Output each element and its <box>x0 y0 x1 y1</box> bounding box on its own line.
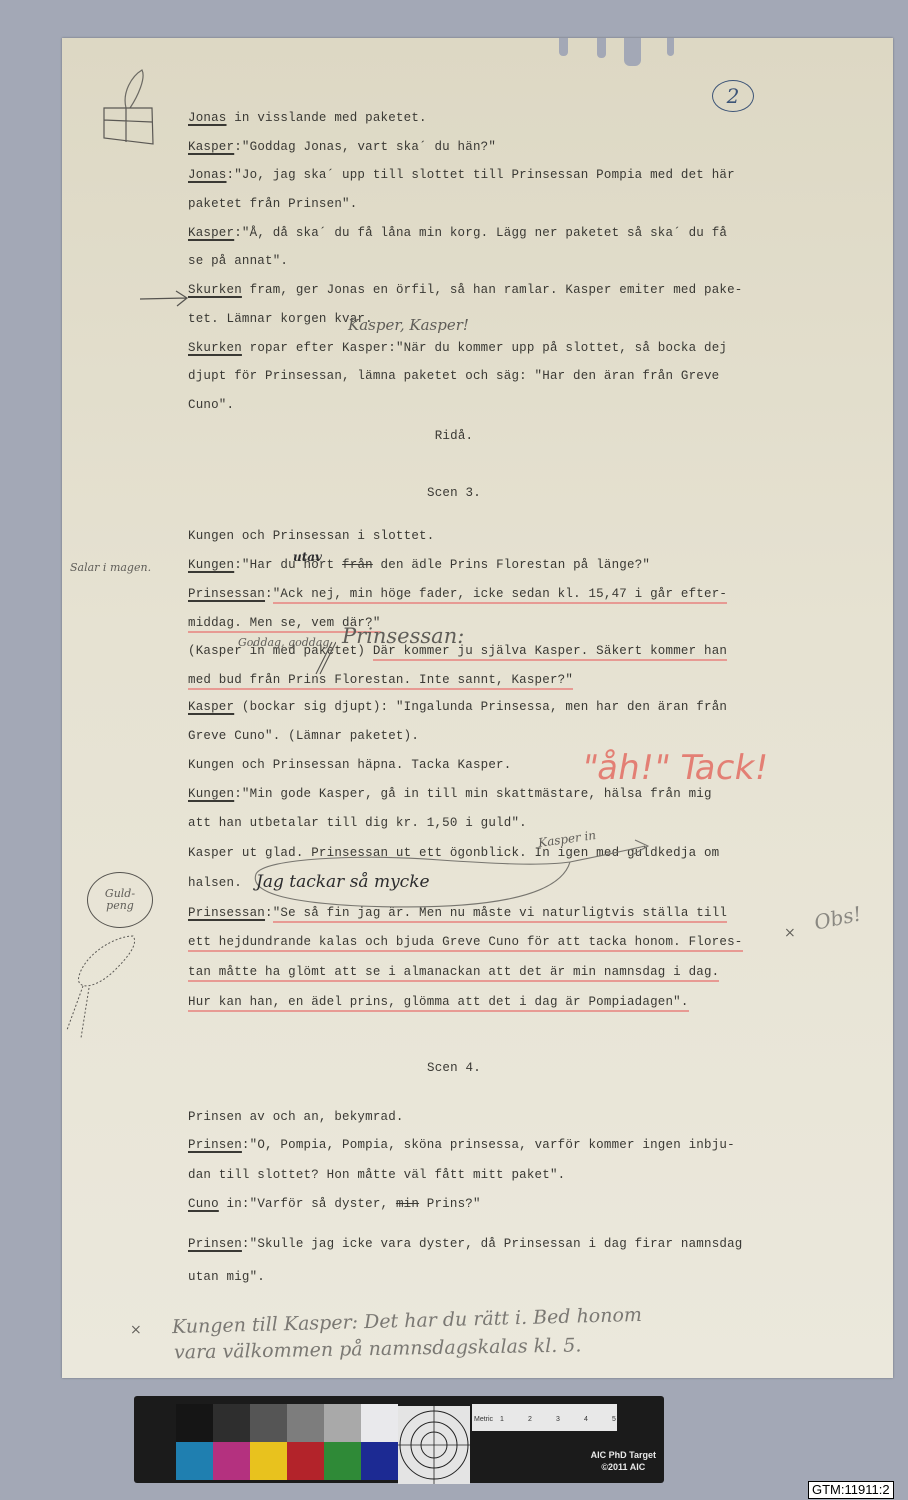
struck-word: min <box>396 1197 419 1211</box>
script-line: tet. Lämnar korgen kvar. <box>188 312 373 326</box>
line-text: Prins?" <box>419 1197 481 1211</box>
script-line: Hur kan han, en ädel prins, glömma att d… <box>188 995 689 1009</box>
line-text: halsen. <box>188 876 242 890</box>
script-line: Kungen och Prinsessan häpna. Tacka Kaspe… <box>188 758 511 772</box>
gray-swatch <box>361 1404 398 1442</box>
annotation-ah-tack: "åh!" Tack! <box>578 748 771 788</box>
script-line: Skurken ropar efter Kasper:"När du komme… <box>188 341 727 355</box>
line-text: :"Å, då ska´ du få låna min korg. Lägg n… <box>234 226 727 240</box>
red-underlined-text: "Ack nej, min höge fader, icke sedan kl.… <box>273 587 727 604</box>
target-label: AIC PhD Target ©2011 AIC <box>591 1449 656 1473</box>
line-text: ropar efter Kasper:"När du kommer upp på… <box>242 341 727 355</box>
script-line: djupt för Prinsessan, lämna paketet och … <box>188 369 719 383</box>
struck-word: från <box>342 558 373 572</box>
script-line: Cuno in:"Varför så dyster, min Prins?" <box>188 1197 481 1211</box>
gray-swatch <box>324 1404 361 1442</box>
torn-edge <box>597 38 606 58</box>
script-line: halsen. <box>188 876 242 890</box>
red-underlined-text: tan måtte ha glömt att se i almanackan a… <box>188 965 719 982</box>
annotation-jag-tackar: Jag tackar så mycke <box>256 872 430 892</box>
script-line: Kasper (bockar sig djupt): "Ingalunda Pr… <box>188 700 727 714</box>
speaker-name: Jonas <box>188 111 227 125</box>
ruler-tick-label: 5 <box>612 1416 616 1423</box>
script-line: Prinsen av och an, bekymrad. <box>188 1110 404 1124</box>
necklace-sketch-icon <box>55 930 145 1050</box>
quill-sketch-icon <box>98 62 158 152</box>
color-swatch <box>176 1442 213 1480</box>
color-swatch <box>213 1442 250 1480</box>
speaker-name: Prinsessan <box>188 587 265 601</box>
annotation-x-mark: × <box>784 925 796 941</box>
ruler-tick-label: 3 <box>556 1416 560 1423</box>
ruler-tick-label: 2 <box>528 1416 532 1423</box>
line-text: : <box>265 587 273 601</box>
color-swatch <box>324 1442 361 1480</box>
annotation-utav: utav <box>293 550 322 564</box>
speaker-name: Kungen <box>188 787 234 801</box>
script-line: Prinsen:"Skulle jag icke vara dyster, då… <box>188 1237 743 1251</box>
line-text: utan mig". <box>188 1270 265 1284</box>
line-text: (bockar sig djupt): "Ingalunda Prinsessa… <box>234 700 727 714</box>
ruler-tick-label: 4 <box>584 1416 588 1423</box>
script-line: Prinsen:"O, Pompia, Pompia, sköna prinse… <box>188 1138 735 1152</box>
double-slash-icon <box>312 640 336 676</box>
line-text: den ädle Prins Florestan på länge?" <box>373 558 650 572</box>
script-line: Kasper:"Goddag Jonas, vart ska´ du hän?" <box>188 140 496 154</box>
annotation-x-mark: × <box>130 1322 142 1338</box>
line-text: :"Min gode Kasper, gå in till min skattm… <box>234 787 711 801</box>
script-line: tan måtte ha glömt att se i almanackan a… <box>188 965 719 979</box>
red-underlined-text: Hur kan han, en ädel prins, glömma att d… <box>188 995 689 1012</box>
line-text: Kungen och Prinsessan i slottet. <box>188 529 434 543</box>
speaker-name: Kasper <box>188 700 234 714</box>
focus-target-icon <box>398 1406 470 1484</box>
line-text: in:"Varför så dyster, <box>219 1197 396 1211</box>
annotation-margin: Salar i magen. <box>70 561 151 574</box>
annotation-kasper-kasper: Kasper, Kasper! <box>348 316 469 334</box>
line-text: :"Har du hört <box>234 558 342 572</box>
line-text: se på annat". <box>188 254 288 268</box>
script-line: dan till slottet? Hon måtte väl fått mit… <box>188 1168 565 1182</box>
line-text: att han utbetalar till dig kr. 1,50 i gu… <box>188 816 527 830</box>
torn-edge <box>667 38 674 56</box>
speaker-name: Kasper <box>188 226 234 240</box>
script-line: Kungen:"Har du hört från den ädle Prins … <box>188 558 650 572</box>
scene-3-heading: Scen 3. <box>0 486 908 500</box>
script-line: Kasper:"Å, då ska´ du få låna min korg. … <box>188 226 727 240</box>
line-text: Cuno". <box>188 398 234 412</box>
line-text: :"Jo, jag ska´ upp till slottet till Pri… <box>227 168 735 182</box>
line-text: in visslande med paketet. <box>227 111 427 125</box>
color-swatch <box>250 1442 287 1480</box>
script-line: ett hejdundrande kalas och bjuda Greve C… <box>188 935 743 949</box>
annotation-prinsessan: Prinsessan: <box>342 624 464 648</box>
speaker-name: Prinsen <box>188 1138 242 1152</box>
script-line: paketet från Prinsen". <box>188 197 357 211</box>
speaker-name: Kasper <box>188 140 234 154</box>
line-text: :"Goddag Jonas, vart ska´ du hän?" <box>234 140 496 154</box>
speaker-name: Prinsen <box>188 1237 242 1251</box>
line-text: Greve Cuno". (Lämnar paketet). <box>188 729 419 743</box>
line-text: tet. Lämnar korgen kvar. <box>188 312 373 326</box>
script-line: Skurken fram, ger Jonas en örfil, så han… <box>188 283 743 297</box>
torn-edge <box>624 38 641 66</box>
line-text: fram, ger Jonas en örfil, så han ramlar.… <box>242 283 743 297</box>
arrow-icon <box>140 290 190 308</box>
torn-edge <box>559 38 568 56</box>
speaker-name: Kungen <box>188 558 234 572</box>
script-line: se på annat". <box>188 254 288 268</box>
line-text: djupt för Prinsessan, lämna paketet och … <box>188 369 719 383</box>
red-underlined-text: ett hejdundrande kalas och bjuda Greve C… <box>188 935 743 952</box>
gray-swatch <box>250 1404 287 1442</box>
gray-swatch <box>287 1404 324 1442</box>
guldpeng-circle: Guld-peng <box>87 872 153 928</box>
line-text: Kungen och Prinsessan häpna. Tacka Kaspe… <box>188 758 511 772</box>
script-line: Jonas in visslande med paketet. <box>188 111 427 125</box>
script-line: Jonas:"Jo, jag ska´ upp till slottet til… <box>188 168 735 182</box>
script-line: utan mig". <box>188 1270 265 1284</box>
script-line: Cuno". <box>188 398 234 412</box>
line-text: :"O, Pompia, Pompia, sköna prinsessa, va… <box>242 1138 735 1152</box>
page-number: 2 <box>712 80 754 112</box>
speaker-name: Skurken <box>188 283 242 297</box>
script-line: att han utbetalar till dig kr. 1,50 i gu… <box>188 816 527 830</box>
scene-4-heading: Scen 4. <box>0 1061 908 1075</box>
script-line: Greve Cuno". (Lämnar paketet). <box>188 729 419 743</box>
script-line: Kungen:"Min gode Kasper, gå in till min … <box>188 787 712 801</box>
color-swatch <box>361 1442 398 1480</box>
speaker-name: Jonas <box>188 168 227 182</box>
line-text: Prinsen av och an, bekymrad. <box>188 1110 404 1124</box>
script-line: Kungen och Prinsessan i slottet. <box>188 529 434 543</box>
catalog-id-label: GTM:11911:2 <box>808 1481 894 1499</box>
speaker-name: Skurken <box>188 341 242 355</box>
color-calibration-target: Metric 12345 AIC PhD Target ©2011 AIC <box>134 1396 664 1483</box>
curtain-heading: Ridå. <box>0 429 908 443</box>
line-text: dan till slottet? Hon måtte väl fått mit… <box>188 1168 565 1182</box>
line-text: :"Skulle jag icke vara dyster, då Prinse… <box>242 1237 743 1251</box>
line-text: paketet från Prinsen". <box>188 197 357 211</box>
red-underlined-text: med bud från Prins Florestan. Inte sannt… <box>188 673 573 690</box>
color-swatch <box>287 1442 324 1480</box>
gray-swatch <box>213 1404 250 1442</box>
metric-ruler: Metric 12345 <box>472 1404 617 1431</box>
speaker-name: Cuno <box>188 1197 219 1211</box>
gray-swatch <box>176 1404 213 1442</box>
ruler-tick-label: 1 <box>500 1416 504 1423</box>
script-line: Prinsessan:"Ack nej, min höge fader, ick… <box>188 587 727 601</box>
script-line: med bud från Prins Florestan. Inte sannt… <box>188 673 573 687</box>
